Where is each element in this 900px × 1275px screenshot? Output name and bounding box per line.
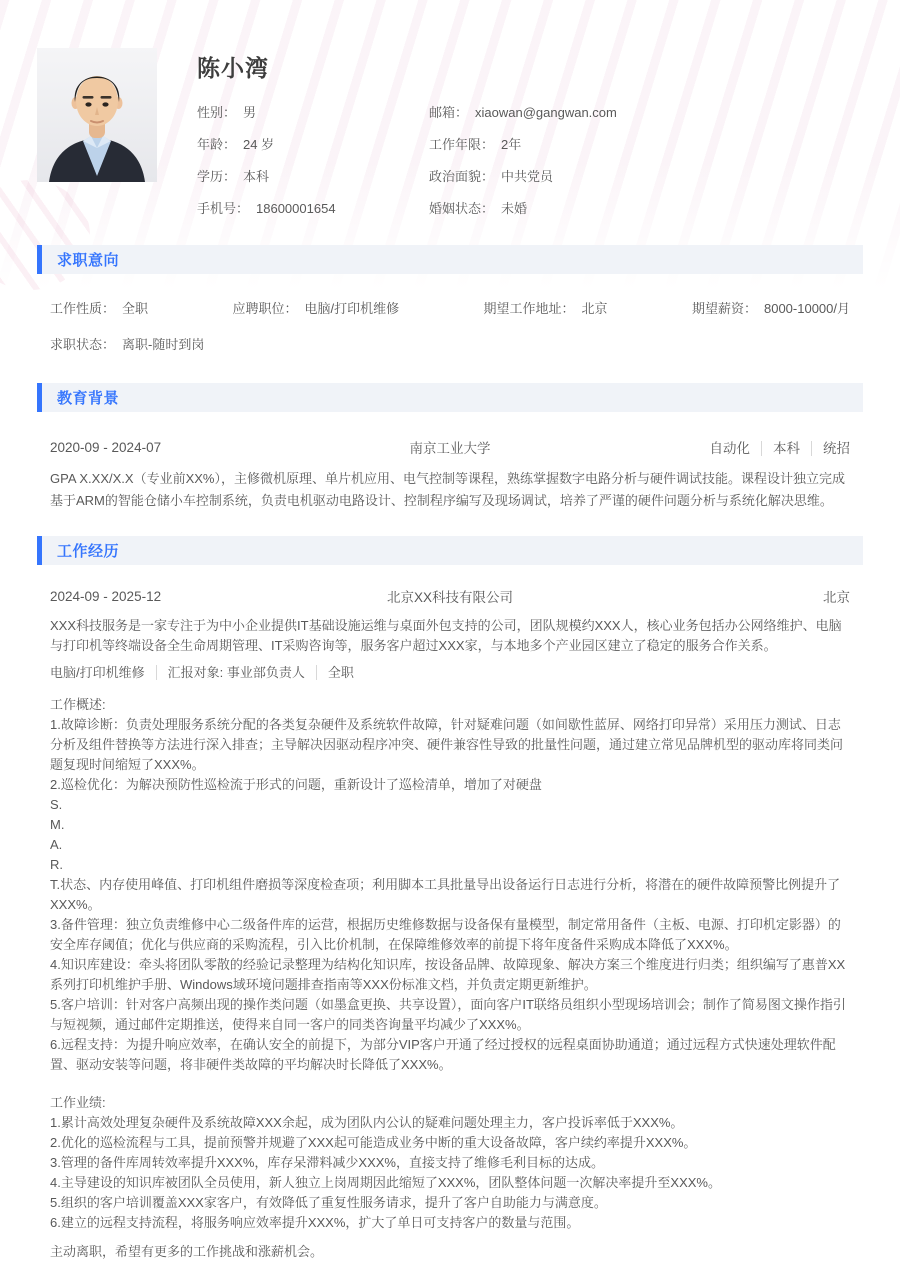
profile-field: 婚姻状态：未婚 — [429, 198, 617, 217]
job-intent-field: 期望薪资：8000-10000/月 — [692, 298, 850, 317]
work-overview-item: 5.客户培训：针对客户高频出现的操作类问题（如墨盒更换、共享设置），面向客户IT… — [50, 995, 850, 1035]
profile-header: 陈小湾 性别：男 年龄：24 岁 — [37, 48, 863, 217]
work-meta: 电脑/打印机维修汇报对象: 事业部负责人全职 — [37, 663, 863, 683]
job-intent-field: 期望工作地址：北京 — [484, 298, 608, 317]
education-tag: 自动化 — [710, 441, 751, 456]
field-value: 8000-10000/月 — [764, 301, 850, 316]
field-label: 求职状态： — [50, 337, 115, 352]
profile-field: 工作年限：2年 — [429, 134, 617, 153]
work-overview-item: 2.巡检优化：为解决预防性巡检流于形式的问题，重新设计了巡检清单，增加了对硬盘 — [50, 775, 850, 795]
field-label: 学历： — [197, 169, 236, 184]
work-achievement-item: 1.累计高效处理复杂硬件及系统故障XXX余起，成为团队内公认的疑难问题处理主力，… — [50, 1113, 850, 1133]
profile-photo — [37, 48, 157, 182]
education-tags: 自动化本科统招 — [491, 437, 851, 457]
field-label: 政治面貌： — [429, 169, 494, 184]
field-label: 婚姻状态： — [429, 201, 494, 216]
profile-field: 学历：本科 — [197, 166, 429, 185]
work-achievement-item: 2.优化的巡检流程与工具，提前预警并规避了XXX起可能造成业务中断的重大设备故障… — [50, 1133, 850, 1153]
field-value: 本科 — [243, 169, 269, 184]
resume-page: 陈小湾 性别：男 年龄：24 岁 — [0, 0, 900, 1275]
field-value: xiaowan@gangwan.com — [475, 105, 617, 120]
field-label: 邮箱： — [429, 105, 468, 120]
work-meta-item: 汇报对象: 事业部负责人 — [156, 665, 305, 680]
profile-field: 邮箱：xiaowan@gangwan.com — [429, 102, 617, 121]
field-value: 全职 — [122, 301, 148, 316]
field-label: 应聘职位： — [232, 301, 297, 316]
job-intent-field: 应聘职位：电脑/打印机维修 — [232, 298, 399, 317]
work-achievement-item: 6.建立的远程支持流程，将服务响应效率提升XXX%，扩大了单日可支持客户的数量与… — [50, 1213, 850, 1233]
work-overview-item: 1.故障诊断：负责处理服务系统分配的各类复杂硬件及系统软件故障，针对疑难问题（如… — [50, 715, 850, 775]
work-achievement-item: 5.组织的客户培训覆盖XXX家客户，有效降低了重复性服务请求，提升了客户自助能力… — [50, 1193, 850, 1213]
education-description: GPA X.XX/X.X（专业前XX%），主修微机原理、单片机应用、电气控制等课… — [37, 468, 863, 512]
field-label: 期望薪资： — [692, 301, 757, 316]
field-label: 性别： — [197, 105, 236, 120]
education-period: 2020-09 - 2024-07 — [50, 440, 410, 455]
education-tag: 本科 — [761, 441, 800, 456]
job-intent-field: 工作性质：全职 — [50, 298, 148, 317]
field-value: 离职-随时到岗 — [122, 337, 204, 352]
leave-note: 主动离职，希望有更多的工作挑战和涨薪机会。 — [37, 1242, 863, 1262]
field-value: 未婚 — [501, 201, 527, 216]
work-entry: 2024-09 - 2025-12 北京XX科技有限公司 北京 — [37, 586, 863, 606]
profile-field: 政治面貌：中共党员 — [429, 166, 617, 185]
profile-fields-right: 邮箱：xiaowan@gangwan.com 工作年限：2年 政治面貌：中共党员 — [429, 102, 617, 217]
section-title: 工作经历 — [57, 540, 119, 561]
spacer — [37, 1233, 863, 1242]
work-meta-item: 电脑/打印机维修 — [50, 665, 145, 680]
work-overview-item: A. — [50, 835, 850, 855]
work-meta-item: 全职 — [316, 665, 354, 680]
field-label: 工作年限： — [429, 137, 494, 152]
work-overview-item: 6.远程支持：为提升响应效率，在确认安全的前提下，为部分VIP客户开通了经过授权… — [50, 1035, 850, 1075]
field-label: 期望工作地址： — [484, 301, 575, 316]
work-company: 北京XX科技有限公司 — [387, 586, 513, 606]
portrait-photo-illustration — [37, 48, 157, 182]
section-title: 教育背景 — [57, 387, 119, 408]
work-achievement-item: 3.管理的备件库周转效率提升XXX%，库存呆滞料减少XXX%，直接支持了维修毛利… — [50, 1153, 850, 1173]
field-value: 北京 — [582, 301, 608, 316]
work-overview-item: 3.备件管理：独立负责维修中心二级备件库的运营，根据历史维修数据与设备保有量模型… — [50, 915, 850, 955]
section-header-job-intent: 求职意向 — [37, 245, 863, 274]
education-entry: 2020-09 - 2024-07 南京工业大学 自动化本科统招 — [37, 437, 863, 457]
field-value: 男 — [243, 105, 256, 120]
profile-field: 性别：男 — [197, 102, 429, 121]
field-label: 手机号： — [197, 201, 249, 216]
work-achievements-list: 1.累计高效处理复杂硬件及系统故障XXX余起，成为团队内公认的疑难问题处理主力，… — [37, 1113, 863, 1233]
field-value: 中共党员 — [501, 169, 553, 184]
work-achievements-title: 工作业绩: — [37, 1093, 863, 1113]
spacer — [37, 1075, 863, 1093]
field-value: 18600001654 — [256, 201, 336, 216]
company-intro: XXX科技服务是一家专注于为中小企业提供IT基础设施运维与桌面外包支持的公司，团… — [37, 616, 863, 656]
work-period: 2024-09 - 2025-12 — [50, 589, 387, 604]
work-overview-item: R. — [50, 855, 850, 875]
profile-fields-left: 性别：男 年龄：24 岁 学历：本科 手机号： — [197, 102, 429, 217]
job-intent-row1: 工作性质：全职 应聘职位：电脑/打印机维修 期望工作地址：北京 期望薪资：800… — [37, 298, 863, 317]
work-overview-title: 工作概述: — [37, 695, 863, 715]
work-overview-list: 1.故障诊断：负责处理服务系统分配的各类复杂硬件及系统软件故障，针对疑难问题（如… — [37, 715, 863, 1075]
field-value: 2年 — [501, 137, 521, 152]
work-achievement-item: 4.主导建设的知识库被团队全员使用，新人独立上岗周期因此缩短了XXX%，团队整体… — [50, 1173, 850, 1193]
education-tag: 统招 — [811, 441, 850, 456]
work-overview-item: 4.知识库建设：牵头将团队零散的经验记录整理为结构化知识库，按设备品牌、故障现象… — [50, 955, 850, 995]
section-header-work: 工作经历 — [37, 536, 863, 565]
job-intent-field: 求职状态：离职-随时到岗 — [50, 334, 850, 353]
field-value: 电脑/打印机维修 — [304, 301, 399, 316]
education-school: 南京工业大学 — [410, 437, 491, 457]
profile-field: 手机号：18600001654 — [197, 198, 429, 217]
section-title: 求职意向 — [57, 249, 119, 270]
candidate-name: 陈小湾 — [197, 50, 863, 83]
work-overview-item: S. — [50, 795, 850, 815]
work-overview-item: T.状态、内存使用峰值、打印机组件磨损等深度检查项；利用脚本工具批量导出设备运行… — [50, 875, 850, 915]
profile-field: 年龄：24 岁 — [197, 134, 429, 153]
work-overview-item: M. — [50, 815, 850, 835]
section-header-education: 教育背景 — [37, 383, 863, 412]
work-location: 北京 — [513, 586, 850, 606]
field-label: 工作性质： — [50, 301, 115, 316]
job-intent-row2: 求职状态：离职-随时到岗 — [37, 334, 863, 353]
field-value: 24 岁 — [243, 137, 274, 152]
field-label: 年龄： — [197, 137, 236, 152]
